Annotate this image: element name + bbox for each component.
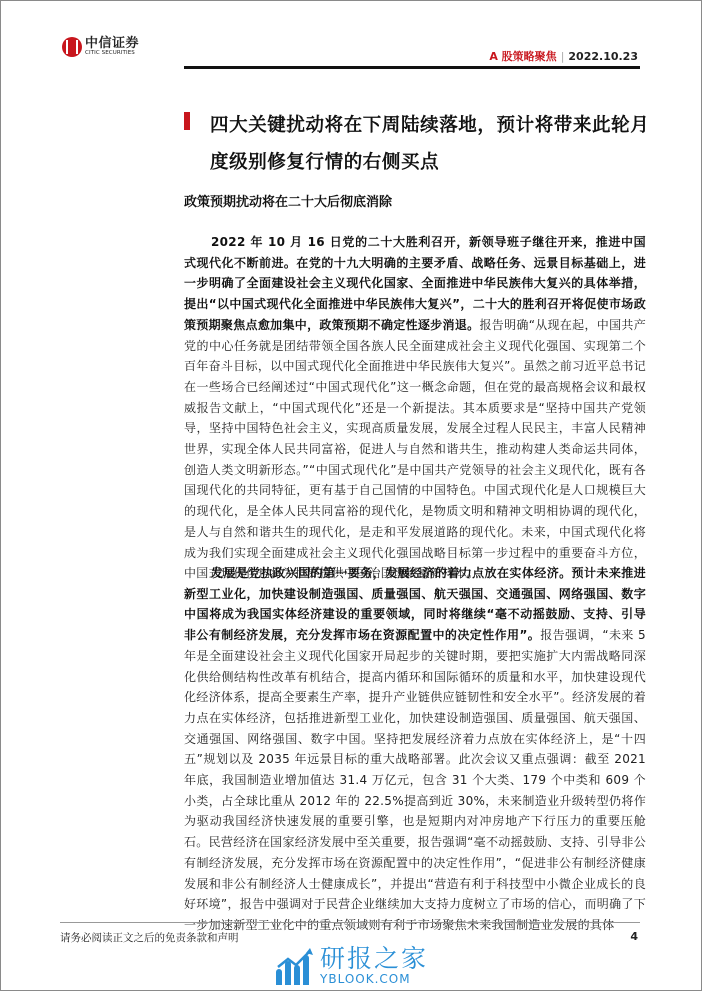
footer-rule bbox=[60, 922, 640, 923]
logo-en-text: CITIC SECURITIES bbox=[85, 51, 139, 57]
section-subheading: 政策预期扰动将在二十大后彻底消除 bbox=[184, 191, 392, 210]
citic-emblem-icon bbox=[62, 37, 82, 57]
header-separator: | bbox=[561, 50, 565, 63]
paragraph-1: 2022 年 10 月 16 日党的二十大胜利召开，新领导班子继往开来，推进中国… bbox=[184, 232, 646, 584]
watermark-cn: 研报之家 bbox=[320, 946, 428, 971]
watermark-en: YBLOOK.COM bbox=[320, 973, 428, 985]
report-header-info: A 股策略聚焦|2022.10.23 bbox=[489, 48, 638, 64]
yblook-watermark: 研报之家 YBLOOK.COM bbox=[276, 946, 428, 985]
title-marker bbox=[184, 112, 190, 130]
footer-disclaimer: 请务必阅读正文之后的免责条款和声明 bbox=[60, 930, 239, 945]
section-title: 四大关键扰动将在下周陆续落地，预计将带来此轮月度级别修复行情的右侧买点 bbox=[210, 107, 650, 181]
bar-chart-icon bbox=[276, 947, 314, 985]
header-rule bbox=[184, 66, 640, 69]
citic-logo: 中信证券 CITIC SECURITIES bbox=[62, 37, 139, 57]
paragraph-1-body: 报告明确“从现在起，中国共产党的中心任务就是团结带领全国各族人民全面建成社会主义… bbox=[184, 318, 646, 580]
paragraph-2-body: 报告强调，“未来 5 年是全面建设社会主义现代化国家开局起步的关键时期，要把实施… bbox=[184, 628, 646, 932]
logo-cn-text: 中信证券 bbox=[85, 37, 139, 50]
report-date: 2022.10.23 bbox=[568, 50, 638, 63]
page-number: 4 bbox=[630, 930, 638, 943]
report-series: A 股策略聚焦 bbox=[489, 50, 556, 63]
paragraph-2: 发展是党执政兴国的第一要务，发展经济的着力点放在实体经济。预计未来推进新型工业化… bbox=[184, 563, 646, 936]
